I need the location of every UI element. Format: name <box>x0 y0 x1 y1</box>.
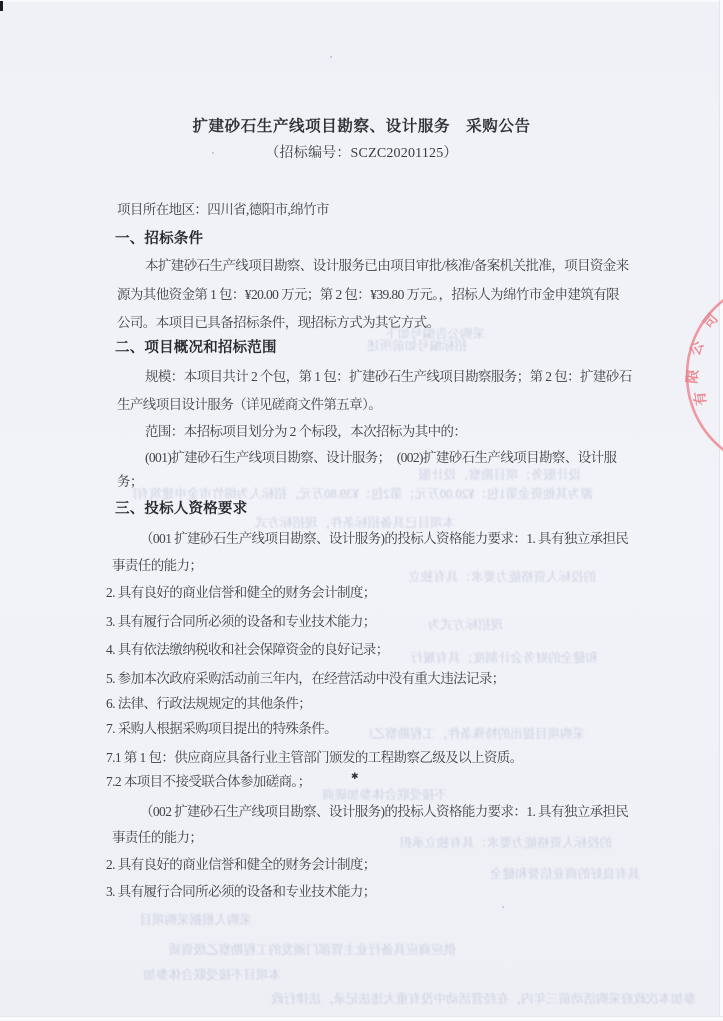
dust-speck <box>502 906 504 908</box>
bleed-through-text: 的投标人资格能力要求：具有独立承担 <box>332 836 612 850</box>
body-line: 2. 具有良好的商业信誉和健全的财务会计制度； <box>106 857 376 873</box>
scan-edge-bottom <box>0 1016 723 1021</box>
body-line: 7.2 本项目不接受联合体参加磋商。； <box>106 774 311 790</box>
document-title: 扩建砂石生产线项目勘察、设计服务 采购公告 <box>0 119 723 135</box>
bleed-through-text: 具有良好的商业信誉和健全 <box>430 867 640 881</box>
seal-char: 有 <box>691 391 710 407</box>
body-line: 本扩建砂石生产线项目勘察、设计服务已由项目审批/核准/备案机关批准，项目资金来 <box>145 258 629 274</box>
body-line: 事责任的能力； <box>112 830 202 846</box>
bleed-through-text: 参加本次政府采购活动前三年内，在经营活动中没有重大违法记录，法律行政 <box>156 992 696 1006</box>
body-line: 务； <box>117 474 143 490</box>
body-line: 6. 法律、行政法规规定的其他条件； <box>106 696 311 712</box>
bleed-through-text: 设计服务；项目勘察、设计服 <box>356 468 581 482</box>
bleed-through-text: 和健全的财务会计制度；具有履行 <box>393 651 598 665</box>
body-line: (001)扩建砂石生产线项目勘察、设计服务； (002)扩建砂石生产线项目勘察、… <box>145 450 616 466</box>
body-line: 5. 参加本次政府采购活动前三年内，在经营活动中没有重大违法记录； <box>106 671 505 687</box>
section-heading-3: 三、投标人资格要求 <box>115 501 247 517</box>
seal-char: 司 <box>700 310 722 332</box>
ink-speck-mark: ✱ <box>351 771 359 782</box>
body-line: 3. 具有履行合同所必须的设备和专业技术能力； <box>106 884 376 900</box>
section-heading-1: 一、招标条件 <box>115 231 203 247</box>
body-line: 源为其他资金第 1 包：¥20.00 万元；第 2 包：¥39.80 万元。，招… <box>117 287 619 303</box>
bleed-through-text: 本项目已具备招标条件，现招标方式 <box>225 516 455 530</box>
project-location-line: 项目所在地区：四川省,德阳市,绵竹市 <box>117 202 329 218</box>
dust-speck <box>330 56 332 58</box>
body-line: 2. 具有良好的商业信誉和健全的财务会计制度； <box>106 585 376 601</box>
scan-corner-mark <box>0 1 3 11</box>
bleed-through-text: 采购项目提出的特殊条件，工程勘察乙级 <box>370 727 585 741</box>
bleed-through-text: 本项目不接受联合体参加 <box>106 968 281 982</box>
bleed-through-text: 源为其他资金第1包：¥20.00万元；第2包：¥39.80万元，招标人为绵竹市金… <box>133 487 593 501</box>
body-line: （002 扩建砂石生产线项目勘察、设计服务)的投标人资格能力要求：1. 具有独立… <box>140 804 628 820</box>
body-line: 公司。本项目已具备招标条件，现招标方式为其它方式。 <box>117 315 440 331</box>
body-line: 事责任的能力； <box>112 558 202 574</box>
company-seal-stamp: 司 公 限 有 <box>676 280 723 480</box>
body-line: 4. 具有依法缴纳税收和社会保障资金的良好记录； <box>106 642 389 658</box>
body-line: 范围：本招标项目划分为 2 个标段，本次招标为其中的： <box>145 424 466 440</box>
body-line: 7. 采购人根据采购项目提出的特殊条件。 <box>106 721 337 737</box>
bleed-through-text: 不接受联合体参加磋商 <box>247 788 447 802</box>
bleed-through-text: 采购人根据采购项目 <box>107 913 252 927</box>
bleed-through-text: 招标编号如前所述 <box>352 339 467 353</box>
body-line: 7.1 第 1 包：供应商应具备行业主管部门颁发的工程勘察乙级及以上资质。 <box>106 750 523 766</box>
seal-char: 限 <box>683 368 702 384</box>
body-line: （001 扩建砂石生产线项目勘察、设计服务)的投标人资格能力要求：1. 具有独立… <box>140 531 628 547</box>
bleed-through-text: 供应商应具备行业主管部门颁发的工程勘察乙级资质 <box>106 943 456 957</box>
tender-number-line: （招标编号：SCZC20201125） <box>0 146 723 162</box>
scan-edge-top <box>0 0 723 2</box>
bleed-through-text: 的投标人资格能力要求：具有独立 <box>356 570 596 584</box>
scanned-document-page: 采购公告编号如下 招标编号如前所述 设计服务；项目勘察、设计服 源为其他资金第1… <box>0 0 723 1021</box>
section-heading-2: 二、项目概况和招标范围 <box>115 340 277 356</box>
body-line: 规模：本项目共计 2 个包，第 1 包：扩建砂石生产线项目勘察服务；第 2 包：… <box>145 369 632 385</box>
bleed-through-text: 现招标方式为 <box>383 618 503 632</box>
body-line: 生产线项目设计服务（详见磋商文件第五章）。 <box>117 397 381 413</box>
body-line: 3. 具有履行合同所必须的设备和专业技术能力； <box>106 614 376 630</box>
